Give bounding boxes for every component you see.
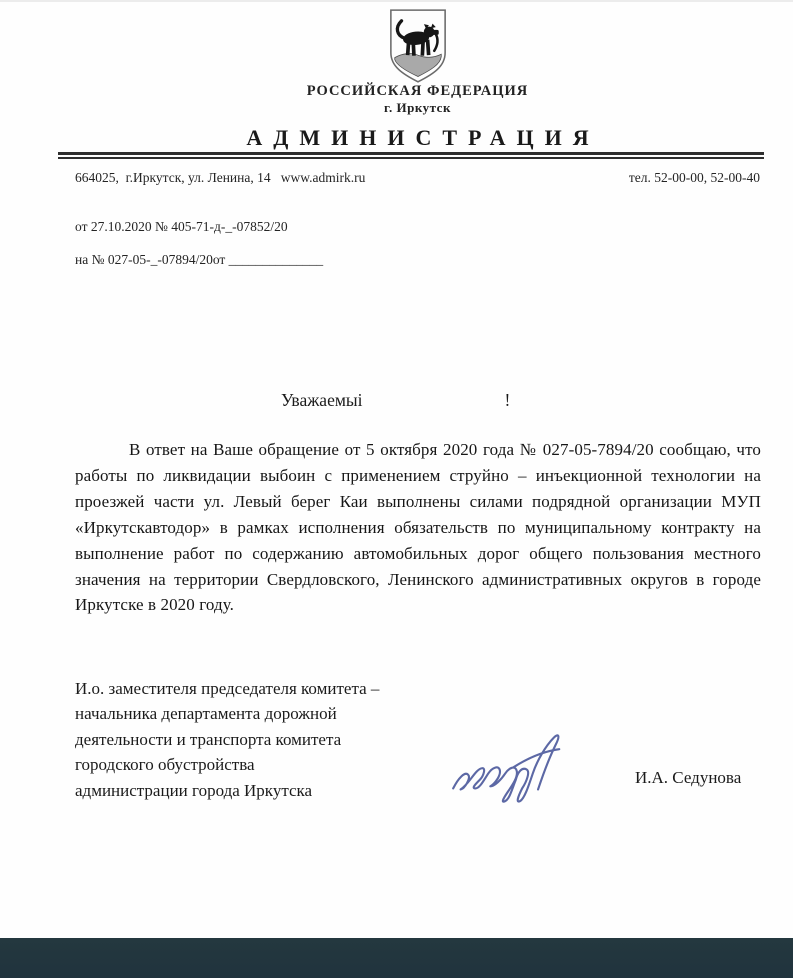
bottom-dark-bar <box>0 938 793 978</box>
header-double-rule <box>58 152 764 159</box>
letter-page: РОССИЙСКАЯ ФЕДЕРАЦИЯ г. Иркутск АДМИНИСТ… <box>0 0 793 978</box>
outgoing-reference: от 27.10.2020 № 405-71-д-_-07852/20 <box>75 219 288 235</box>
signer-position-line: администрации города Иркутска <box>75 778 475 803</box>
irkutsk-coat-of-arms-icon <box>387 8 449 84</box>
incoming-reference: на № 027-05-_-07894/20от ______________ <box>75 252 323 268</box>
page-top-divider <box>0 0 793 2</box>
signer-position-line: деятельности и транспорта комитета <box>75 727 475 752</box>
salutation-line: Уважаемыі ! <box>75 390 760 411</box>
signer-position-block: И.о. заместителя председателя комитета –… <box>75 676 475 803</box>
salutation-prefix: Уважаемыі <box>281 390 363 411</box>
signer-position-line: начальника департамента дорожной <box>75 701 475 726</box>
country-heading: РОССИЙСКАЯ ФЕДЕРАЦИЯ <box>75 83 760 100</box>
signer-position-line: городского обустройства <box>75 752 475 777</box>
handwritten-signature-icon <box>450 718 572 810</box>
address-line: 664025, г.Иркутск, ул. Ленина, 14 www.ad… <box>75 170 365 186</box>
phone-line: тел. 52-00-00, 52-00-40 <box>629 170 760 186</box>
city-heading: г. Иркутск <box>75 100 760 116</box>
salutation-exclamation: ! <box>505 390 511 411</box>
signer-name: И.А. Седунова <box>635 768 741 788</box>
organization-heading: АДМИНИСТРАЦИЯ <box>75 125 760 151</box>
signer-position-line: И.о. заместителя председателя комитета – <box>75 676 475 701</box>
letter-body-paragraph: В ответ на Ваше обращение от 5 октября 2… <box>75 437 761 618</box>
